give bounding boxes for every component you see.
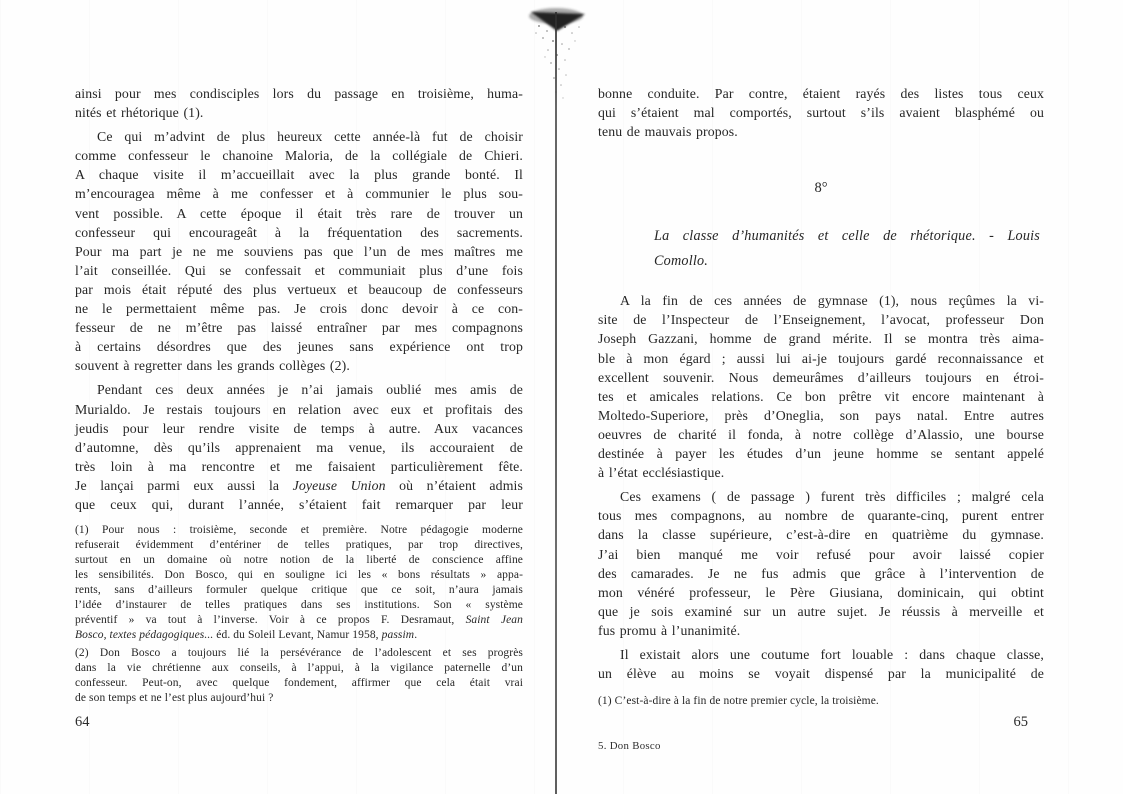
text-segment: Moltedo-Superiore, près d’Oneglia, son p… <box>598 408 1044 423</box>
text-segment: que ceux qui, durant l’année, s’étaient … <box>75 497 523 512</box>
text-line: refuserait évidemment d’entériner de tel… <box>75 538 523 553</box>
text-segment: refuserait évidemment d’entériner de tel… <box>75 539 523 551</box>
text-line: oeuvres de charité il fonda, à notre col… <box>598 425 1044 444</box>
text-segment: Murialdo. Je restais toujours en relatio… <box>75 402 523 417</box>
text-line: destinée à payer les études d’un jeune h… <box>598 444 1044 463</box>
footnote-1: (1) Pour nous : troisième, seconde et pr… <box>75 523 523 643</box>
text-line: Pour ma part je ne me souviens pas que l… <box>75 242 523 261</box>
paragraph: Pendant ces deux années je n’ai jamais o… <box>75 380 523 514</box>
text-segment: m’encouragea même à me confesser et à co… <box>75 186 523 201</box>
text-line: site de l’Inspecteur de l’Enseignement, … <box>598 310 1044 329</box>
text-segment: vent possible. A cette époque il était t… <box>75 206 523 221</box>
text-segment: Pendant ces deux années je n’ai jamais o… <box>97 382 523 397</box>
text-line: tous mes compagnons, au nombre de quaran… <box>598 506 1044 525</box>
text-segment: (2) Don Bosco a toujours lié la persévér… <box>75 647 523 659</box>
text-line: comme confesseur le chanoine Maloria, de… <box>75 146 523 165</box>
paragraph: Il existait alors une coutume fort louab… <box>598 645 1044 683</box>
text-line: ainsi pour mes condisciples lors du pass… <box>75 84 523 103</box>
paragraph: Ce qui m’advint de plus heureux cette an… <box>75 127 523 375</box>
text-line: tenu de mauvais propos. <box>598 122 1044 141</box>
text-line: que ceux qui, durant l’année, s’étaient … <box>75 495 523 514</box>
text-line: Pendant ces deux années je n’ai jamais o… <box>75 380 523 399</box>
text-segment: à l’état ecclésiastique. <box>598 465 724 480</box>
text-line: ble à mon égard ; aussi lui ai-je toujou… <box>598 349 1044 368</box>
paragraph: Ces examens ( de passage ) furent très d… <box>598 487 1044 640</box>
text-segment: un élève au moins se voyait dispensé par… <box>598 666 1044 681</box>
text-segment: confesseur qui encourageât à la fréquent… <box>75 225 523 240</box>
text-line: Je lançai parmi eux aussi la Joyeuse Uni… <box>75 476 523 495</box>
text-line: rents, sans d’ailleurs formuler quelque … <box>75 583 523 598</box>
text-segment: souvent à regretter dans les grands coll… <box>75 358 350 373</box>
text-line: confesseur. Peut-on, avec quelque fondem… <box>75 676 523 691</box>
text-segment: de son temps et ne l’est plus aujourd’hu… <box>75 692 273 704</box>
text-segment: où n’étaient admis <box>386 478 523 493</box>
text-segment: ainsi pour mes condisciples lors du pass… <box>75 86 523 101</box>
text-line: La classe d’humanités et celle de rhétor… <box>654 224 1040 249</box>
text-segment: Je lançai parmi eux aussi la <box>75 478 293 493</box>
text-segment: Ces examens ( de passage ) furent très d… <box>620 489 1044 504</box>
text-line: par mois était réputé des plus vertueux … <box>75 280 523 299</box>
text-segment: (1) C’est-à-dire à la fin de notre premi… <box>598 695 879 707</box>
text-line: Ce qui m’advint de plus heureux cette an… <box>75 127 523 146</box>
text-segment: destinée à payer les études d’un jeune h… <box>598 446 1044 461</box>
text-segment: dans la vie chrétienne aux conseils, à l… <box>75 662 523 674</box>
text-line: Comollo. <box>654 249 1040 274</box>
text-line: jeudis pour leur rendre visite de temps … <box>75 419 523 438</box>
text-segment: nités et rhétorique (1). <box>75 105 203 120</box>
text-line: que je sois examiné sur un autre sujet. … <box>598 602 1044 621</box>
text-segment: mon vénéré professeur, le Père Giusiana,… <box>598 585 1044 600</box>
text-line: à l’état ecclésiastique. <box>598 463 1044 482</box>
paragraph-continuation: bonne conduite. Par contre, étaient rayé… <box>598 84 1044 141</box>
gutter-line <box>555 12 557 794</box>
text-segment: d’automne, dès qu’ils apprenaient ma ven… <box>75 440 523 455</box>
text-line: m’encouragea même à me confesser et à co… <box>75 184 523 203</box>
book-scan: ainsi pour mes condisciples lors du pass… <box>0 0 1123 794</box>
page-number-right: 65 <box>598 714 1044 731</box>
text-segment: J’ai bien manqué me voir refusé pour avo… <box>598 547 1044 562</box>
text-segment: fesseur de ne m’être pas laissé entraîne… <box>75 320 523 335</box>
text-line: fus promu à l’unanimité. <box>598 621 1044 640</box>
text-segment: préventif » va tout à l’inverse. Voir à … <box>75 614 466 626</box>
text-line: Bosco, textes pédagogiques... éd. du Sol… <box>75 628 523 643</box>
section-heading: 8° <box>598 178 1044 198</box>
text-line: (1) C’est-à-dire à la fin de notre premi… <box>598 694 1044 709</box>
text-segment: (1) Pour nous : troisième, seconde et pr… <box>75 524 523 536</box>
text-line: qui s’étaient mal comportés, surtout s’i… <box>598 103 1044 122</box>
text-line: J’ai bien manqué me voir refusé pour avo… <box>598 545 1044 564</box>
text-line: dans la classe supérieure, c’est-à-dire … <box>598 525 1044 544</box>
text-line: Moltedo-Superiore, près d’Oneglia, son p… <box>598 406 1044 425</box>
text-line: surtout en un domaine où notre notion de… <box>75 553 523 568</box>
text-line: l’ait conseillée. Qui se confessait et c… <box>75 261 523 280</box>
text-segment: Il existait alors une coutume fort louab… <box>620 647 1044 662</box>
text-segment: tes et amicales relations. Ce bon prêtre… <box>598 389 1044 404</box>
footnote-2: (2) Don Bosco a toujours lié la persévér… <box>75 646 523 706</box>
text-line: Murialdo. Je restais toujours en relatio… <box>75 400 523 419</box>
text-segment: passim <box>382 629 415 641</box>
right-page: bonne conduite. Par contre, étaient rayé… <box>598 84 1044 752</box>
text-segment: jeudis pour leur rendre visite de temps … <box>75 421 523 436</box>
text-segment: Bosco, textes pédagogiques... <box>75 629 213 641</box>
text-segment: site de l’Inspecteur de l’Enseignement, … <box>598 312 1044 327</box>
text-segment: comme confesseur le chanoine Maloria, de… <box>75 148 523 163</box>
text-segment: très loin à ma rencontre et me faisaient… <box>75 459 523 474</box>
text-line: (2) Don Bosco a toujours lié la persévér… <box>75 646 523 661</box>
text-line: confesseur qui encourageât à la fréquent… <box>75 223 523 242</box>
text-line: d’automne, dès qu’ils apprenaient ma ven… <box>75 438 523 457</box>
text-line: souvent à regretter dans les grands coll… <box>75 356 523 375</box>
text-segment: confesseur. Peut-on, avec quelque fondem… <box>75 677 523 689</box>
text-segment: . <box>414 629 417 641</box>
footnotes-block: (1) Pour nous : troisième, seconde et pr… <box>75 523 523 706</box>
text-line: mon vénéré professeur, le Père Giusiana,… <box>598 583 1044 602</box>
left-page: ainsi pour mes condisciples lors du pass… <box>75 84 523 731</box>
text-segment: à certains désordres que des jeunes sans… <box>75 339 523 354</box>
text-line: excellent souvenir. Nous demeurâmes d’ai… <box>598 368 1044 387</box>
text-segment: qui s’étaient mal comportés, surtout s’i… <box>598 105 1044 120</box>
signature-mark: 5. Don Bosco <box>598 740 1044 752</box>
text-segment: Ce qui m’advint de plus heureux cette an… <box>97 129 523 144</box>
text-line: fesseur de ne m’être pas laissé entraîne… <box>75 318 523 337</box>
paragraph: A la fin de ces années de gymnase (1), n… <box>598 291 1044 482</box>
text-segment: Saint Jean <box>466 614 523 626</box>
text-line: Ces examens ( de passage ) furent très d… <box>598 487 1044 506</box>
text-line: A la fin de ces années de gymnase (1), n… <box>598 291 1044 310</box>
text-line: de son temps et ne l’est plus aujourd’hu… <box>75 691 523 706</box>
section-subheading: La classe d’humanités et celle de rhétor… <box>654 224 1040 274</box>
text-line: nités et rhétorique (1). <box>75 103 523 122</box>
text-segment: que je sois examiné sur un autre sujet. … <box>598 604 1044 619</box>
text-line: (1) Pour nous : troisième, seconde et pr… <box>75 523 523 538</box>
text-segment: tenu de mauvais propos. <box>598 124 738 139</box>
text-segment: A chaque visite il m’accueillait avec la… <box>75 167 523 182</box>
text-segment: excellent souvenir. Nous demeurâmes d’ai… <box>598 370 1044 385</box>
text-line: tes et amicales relations. Ce bon prêtre… <box>598 387 1044 406</box>
text-segment: éd. du Soleil Levant, Namur 1958, <box>213 629 381 641</box>
text-segment: rents, sans d’ailleurs formuler quelque … <box>75 584 523 596</box>
text-line: l’idée d’instaurer de telles pratiques d… <box>75 598 523 613</box>
text-segment: Joseph Gazzani, homme de grand mérite. I… <box>598 331 1044 346</box>
footnote-1: (1) C’est-à-dire à la fin de notre premi… <box>598 694 1044 709</box>
text-segment: fus promu à l’unanimité. <box>598 623 740 638</box>
text-line: préventif » va tout à l’inverse. Voir à … <box>75 613 523 628</box>
text-segment: surtout en un domaine où notre notion de… <box>75 554 523 566</box>
text-line: un élève au moins se voyait dispensé par… <box>598 664 1044 683</box>
text-segment: Joyeuse Union <box>293 478 386 493</box>
text-segment: La classe d’humanités et celle de rhétor… <box>654 228 1040 244</box>
text-segment: ne le permettaient même pas. Je crois do… <box>75 301 523 316</box>
text-segment: les sensibilités. Don Bosco, qui en soul… <box>75 569 523 581</box>
text-segment: l’idée d’instaurer de telles pratiques d… <box>75 599 523 611</box>
text-segment: ble à mon égard ; aussi lui ai-je toujou… <box>598 351 1044 366</box>
text-line: A chaque visite il m’accueillait avec la… <box>75 165 523 184</box>
text-line: bonne conduite. Par contre, étaient rayé… <box>598 84 1044 103</box>
paragraph-continuation: ainsi pour mes condisciples lors du pass… <box>75 84 523 122</box>
text-segment: des camarades. Je ne fus admis que grâce… <box>598 566 1044 581</box>
text-line: Il existait alors une coutume fort louab… <box>598 645 1044 664</box>
page-number-left: 64 <box>75 714 523 731</box>
text-line: vent possible. A cette époque il était t… <box>75 204 523 223</box>
text-segment: l’ait conseillée. Qui se confessait et c… <box>75 263 523 278</box>
text-line: Joseph Gazzani, homme de grand mérite. I… <box>598 329 1044 348</box>
text-segment: oeuvres de charité il fonda, à notre col… <box>598 427 1044 442</box>
text-segment: dans la classe supérieure, c’est-à-dire … <box>598 527 1044 542</box>
text-line: ne le permettaient même pas. Je crois do… <box>75 299 523 318</box>
text-segment: par mois était réputé des plus vertueux … <box>75 282 523 297</box>
text-segment: Pour ma part je ne me souviens pas que l… <box>75 244 523 259</box>
text-line: très loin à ma rencontre et me faisaient… <box>75 457 523 476</box>
text-line: dans la vie chrétienne aux conseils, à l… <box>75 661 523 676</box>
text-line: les sensibilités. Don Bosco, qui en soul… <box>75 568 523 583</box>
text-segment: bonne conduite. Par contre, étaient rayé… <box>598 86 1044 101</box>
text-line: à certains désordres que des jeunes sans… <box>75 337 523 356</box>
text-segment: tous mes compagnons, au nombre de quaran… <box>598 508 1044 523</box>
text-line: des camarades. Je ne fus admis que grâce… <box>598 564 1044 583</box>
text-segment: A la fin de ces années de gymnase (1), n… <box>620 293 1044 308</box>
text-segment: Comollo. <box>654 253 708 269</box>
